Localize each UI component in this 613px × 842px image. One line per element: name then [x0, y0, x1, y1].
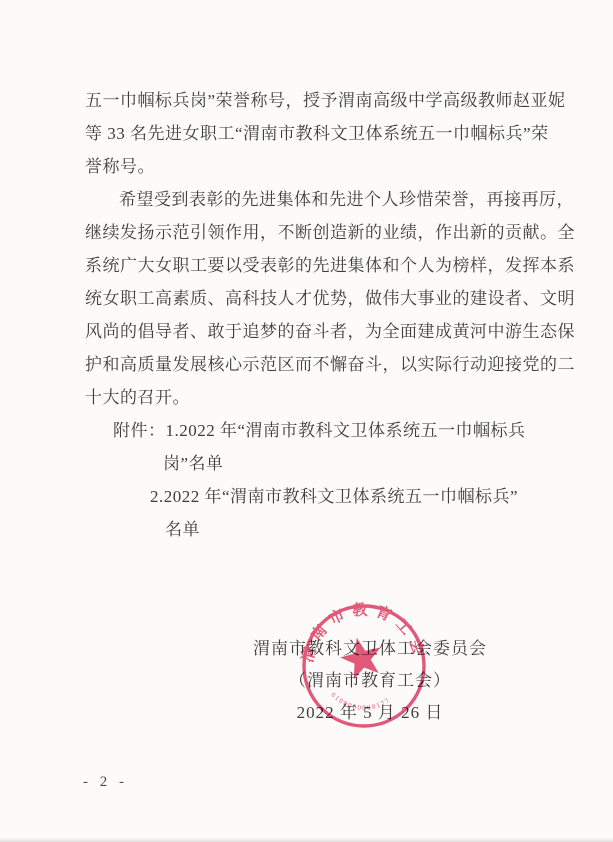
attachment-line: 名单 [85, 513, 545, 546]
body-line: 系统广大女职工要以受表彰的先进集体和个人为榜样，发挥本系 [85, 249, 545, 282]
body-line: 统女职工高素质、高科技人才优势，做伟大事业的建设者、文明 [85, 282, 545, 315]
body-line: 誉称号。 [85, 150, 545, 183]
body-line: 等 33 名先进女职工“渭南市教科文卫体系统五一巾帼标兵”荣 [85, 117, 545, 150]
signature-block: 渭南市教科文卫体工会委员会 （渭南市教育工会） 2022 年 5 月 26 日 [230, 633, 510, 729]
attachment-line: 岗”名单 [85, 447, 545, 480]
body-line: 五一巾帼标兵岗”荣誉称号，授予渭南高级中学高级教师赵亚妮 [85, 84, 545, 117]
body-line: 风尚的倡导者、敢于追梦的奋斗者，为全面建成黄河中游生态保 [85, 315, 545, 348]
body-line: 十大的召开。 [85, 381, 545, 414]
document-body: 五一巾帼标兵岗”荣誉称号，授予渭南高级中学高级教师赵亚妮 等 33 名先进女职工… [85, 84, 545, 546]
scanned-document-page: 五一巾帼标兵岗”荣誉称号，授予渭南高级中学高级教师赵亚妮 等 33 名先进女职工… [0, 0, 613, 842]
body-line: 继续发扬示范引领作用，不断创造新的业绩，作出新的贡献。全 [85, 216, 545, 249]
body-line: 希望受到表彰的先进集体和先进个人珍惜荣誉，再接再厉， [85, 183, 545, 216]
page-number: - 2 - [83, 774, 128, 791]
attachment-line: 附件：1.2022 年“渭南市教科文卫体系统五一巾帼标兵 [85, 414, 545, 447]
body-line: 护和高质量发展核心示范区而不懈奋斗，以实际行动迎接党的二 [85, 348, 545, 381]
signature-date: 2022 年 5 月 26 日 [230, 697, 510, 729]
signature-org: 渭南市教科文卫体工会委员会 [230, 633, 510, 665]
signature-org-sub: （渭南市教育工会） [230, 665, 510, 697]
attachment-line: 2.2022 年“渭南市教科文卫体系统五一巾帼标兵” [85, 480, 545, 513]
